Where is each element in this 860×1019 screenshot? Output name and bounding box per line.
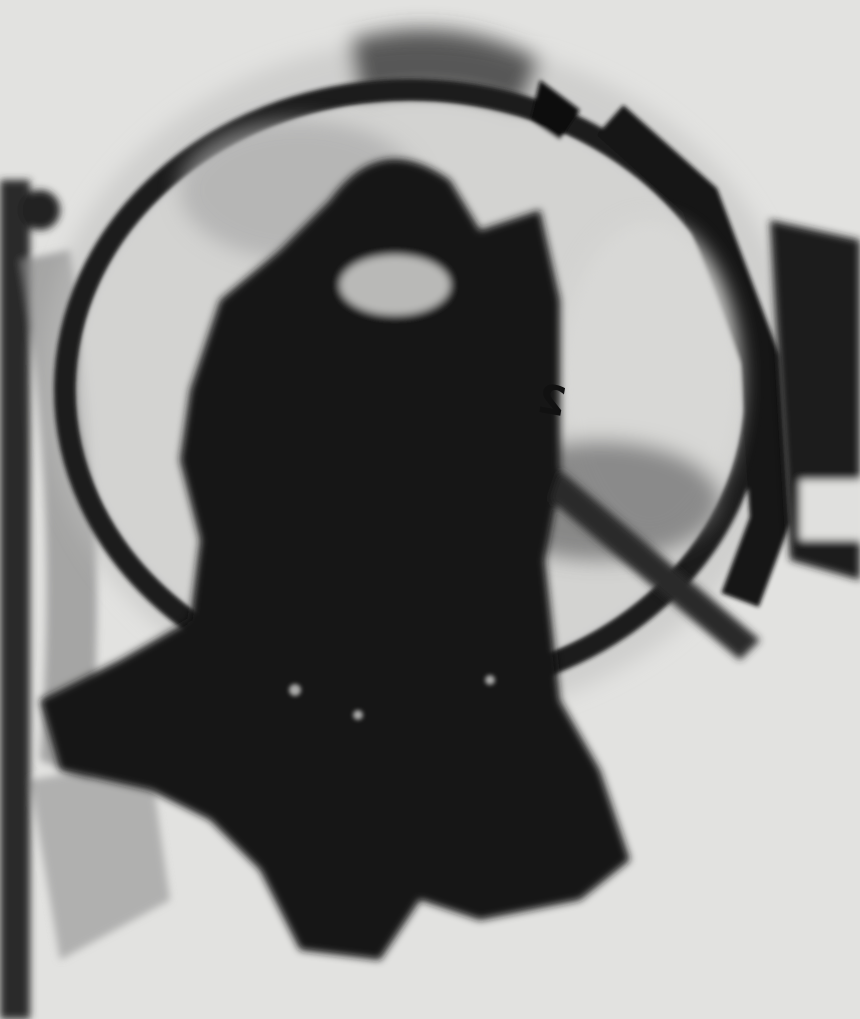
radiograph-drawing	[0, 0, 860, 1019]
radiograph-image: 2	[0, 0, 860, 1019]
